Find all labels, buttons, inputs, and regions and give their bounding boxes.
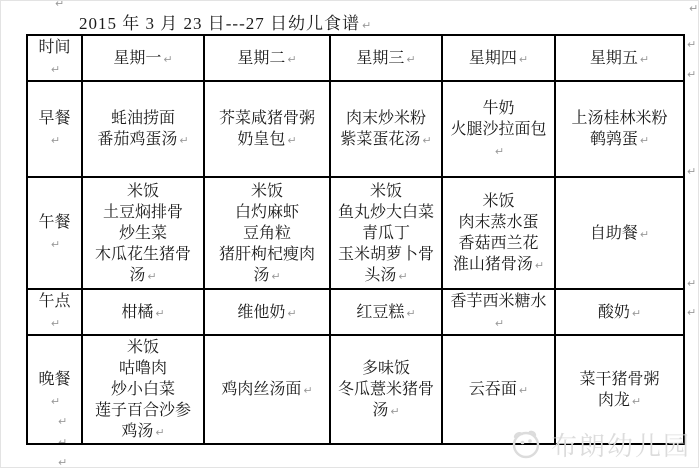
row-label-cell: 午餐↵ xyxy=(27,177,82,289)
menu-cell: 多味饭冬瓜薏米猪骨汤↵ xyxy=(330,335,442,444)
paragraph-mark: ↵ xyxy=(687,277,696,290)
dish-line: 鸡肉丝汤面↵ xyxy=(212,379,322,400)
header-cell-day: 星期一↵ xyxy=(82,35,204,81)
paragraph-mark: ↵ xyxy=(362,19,372,32)
header-cell-time: 时间↵ xyxy=(27,35,82,81)
dish-name: 米饭 xyxy=(482,193,514,210)
menu-cell: 红豆糕↵ xyxy=(330,289,442,335)
paragraph-mark: ↵ xyxy=(179,134,188,147)
menu-cell: 鸡肉丝汤面↵ xyxy=(204,335,330,444)
weekly-menu-table: 时间↵星期一↵星期二↵星期三↵星期四↵星期五↵ 早餐↵蚝油捞面番茄鸡蛋汤↵芥菜咸… xyxy=(26,34,685,445)
paragraph-mark: ↵ xyxy=(51,134,60,147)
menu-cell: 维他奶↵ xyxy=(204,289,330,335)
dish-line: 咕噜肉 xyxy=(90,358,196,379)
dish-name: 米饭 xyxy=(370,183,402,200)
dish-line: 红豆糕↵ xyxy=(338,302,434,323)
paragraph-mark: ↵ xyxy=(406,307,415,320)
paragraph-mark: ↵ xyxy=(58,456,67,468)
dish-line: 淮山猪骨汤↵ xyxy=(450,254,547,275)
menu-row: 早餐↵蚝油捞面番茄鸡蛋汤↵芥菜咸猪骨粥奶皇包↵肉末炒米粉紫菜蛋花汤↵牛奶火腿沙拉… xyxy=(27,81,684,177)
dish-name: 香菇西兰花 xyxy=(458,235,538,252)
dish-line: 米饭 xyxy=(90,337,196,358)
dish-line: 玉米胡萝卜骨头汤↵ xyxy=(338,244,434,286)
dish-line: 土豆焖排骨 xyxy=(90,202,196,223)
menu-cell: 上汤桂林米粉鹌鹑蛋↵ xyxy=(555,81,684,177)
header-label: 星期四 xyxy=(469,50,517,67)
dish-name: 豆角粒 xyxy=(243,225,291,242)
row-label-cell: 早餐↵ xyxy=(27,81,82,177)
dish-name: 维他奶 xyxy=(237,304,285,321)
paragraph-mark: ↵ xyxy=(398,270,407,283)
paragraph-mark: ↵ xyxy=(495,317,504,330)
paragraph-mark: ↵ xyxy=(303,384,312,397)
menu-cell: 米饭咕噜肉炒小白菜莲子百合沙参鸡汤↵ xyxy=(82,335,204,444)
dish-name: 鹌鹑蛋 xyxy=(590,131,638,148)
dish-line: 酸奶↵ xyxy=(563,302,676,323)
paragraph-mark: ↵ xyxy=(406,53,415,66)
dish-name: 肉末炒米粉 xyxy=(346,110,426,127)
dish-name: 米饭 xyxy=(127,183,159,200)
dish-line: 青瓜丁 xyxy=(338,223,434,244)
paragraph-mark: ↵ xyxy=(147,270,156,283)
dish-line: 肉末蒸水蛋 xyxy=(450,212,547,233)
header-cell-day: 星期三↵ xyxy=(330,35,442,81)
dish-name: 白灼麻虾 xyxy=(235,204,299,221)
dish-name: 芥菜咸猪骨粥 xyxy=(219,110,315,127)
header-label: 星期三 xyxy=(356,50,404,67)
dish-name: 酸奶 xyxy=(598,304,630,321)
dish-name: 红豆糕 xyxy=(356,304,404,321)
dish-name: 米饭 xyxy=(127,339,159,356)
menu-cell: 蚝油捞面番茄鸡蛋汤↵ xyxy=(82,81,204,177)
dish-name: 紫菜蛋花汤 xyxy=(340,131,420,148)
dish-line: 米饭 xyxy=(450,191,547,212)
menu-cell: 肉末炒米粉紫菜蛋花汤↵ xyxy=(330,81,442,177)
dish-line: 云吞面↵ xyxy=(450,379,547,400)
dish-line: 米饭 xyxy=(338,181,434,202)
watermark-text: 布朗幼儿园 xyxy=(551,426,691,463)
menu-cell: 牛奶火腿沙拉面包↵ xyxy=(442,81,555,177)
dish-line: 火腿沙拉面包↵ xyxy=(450,119,547,161)
dish-name: 玉米胡萝卜骨头汤 xyxy=(338,246,434,284)
row-label-cell: 晚餐↵ xyxy=(27,335,82,444)
dish-name: 蚝油捞面 xyxy=(111,110,175,127)
row-label-cell: 午点↵ xyxy=(27,289,82,335)
dish-line: 维他奶↵ xyxy=(212,302,322,323)
dish-name: 淮山猪骨汤 xyxy=(453,256,533,273)
paragraph-mark: ↵ xyxy=(271,270,280,283)
dish-line: 猪肝枸杞瘦肉汤↵ xyxy=(212,244,322,286)
dish-name: 青瓜丁 xyxy=(362,225,410,242)
dish-line: 牛奶 xyxy=(450,98,547,119)
paragraph-mark: ↵ xyxy=(640,53,649,66)
paragraph-mark: ↵ xyxy=(687,68,696,81)
menu-cell: 米饭肉末蒸水蛋香菇西兰花淮山猪骨汤↵ xyxy=(442,177,555,289)
paragraph-mark: ↵ xyxy=(422,134,431,147)
dish-name: 番茄鸡蛋汤 xyxy=(97,131,177,148)
dish-name: 咕噜肉 xyxy=(119,360,167,377)
menu-cell: 米饭白灼麻虾豆角粒猪肝枸杞瘦肉汤↵ xyxy=(204,177,330,289)
dish-line: 炒生菜 xyxy=(90,223,196,244)
dish-name: 肉末蒸水蛋 xyxy=(458,214,538,231)
menu-cell: 芥菜咸猪骨粥奶皇包↵ xyxy=(204,81,330,177)
dish-line: 紫菜蛋花汤↵ xyxy=(338,129,434,150)
row-label: 午点 xyxy=(38,293,70,310)
paragraph-mark: ↵ xyxy=(51,317,60,330)
paragraph-mark: ↵ xyxy=(51,238,60,251)
menu-row: 午餐↵米饭土豆焖排骨炒生菜木瓜花生猪骨汤↵米饭白灼麻虾豆角粒猪肝枸杞瘦肉汤↵米饭… xyxy=(27,177,684,289)
dish-name: 火腿沙拉面包 xyxy=(450,121,546,138)
paragraph-mark: ↵ xyxy=(287,53,296,66)
paragraph-mark: ↵ xyxy=(155,426,164,439)
menu-table-header: 时间↵星期一↵星期二↵星期三↵星期四↵星期五↵ xyxy=(27,35,684,81)
dish-name: 炒小白菜 xyxy=(111,381,175,398)
dish-line: 鱼丸炒大白菜 xyxy=(338,202,434,223)
dish-name: 土豆焖排骨 xyxy=(103,204,183,221)
header-row: 时间↵星期一↵星期二↵星期三↵星期四↵星期五↵ xyxy=(27,35,684,81)
dish-line: 冬瓜薏米猪骨汤↵ xyxy=(338,379,434,421)
paragraph-mark: ↵ xyxy=(632,307,641,320)
paragraph-mark: ↵ xyxy=(51,63,60,76)
dish-line: 自助餐↵ xyxy=(563,223,676,244)
dish-line: 豆角粒 xyxy=(212,223,322,244)
dish-name: 上汤桂林米粉 xyxy=(571,110,667,127)
dish-name: 鱼丸炒大白菜 xyxy=(338,204,434,221)
dish-name: 柑橘 xyxy=(121,304,153,321)
dish-name: 肉龙 xyxy=(598,392,630,409)
header-cell-day: 星期二↵ xyxy=(204,35,330,81)
header-label: 星期五 xyxy=(590,50,638,67)
header-cell-day: 星期五↵ xyxy=(555,35,684,81)
paragraph-mark: ↵ xyxy=(495,145,504,158)
dish-line: 炒小白菜 xyxy=(90,379,196,400)
header-label: 星期一 xyxy=(113,50,161,67)
dish-line: 木瓜花生猪骨汤↵ xyxy=(90,244,196,286)
page-title-text: 2015 年 3 月 23 日---27 日幼儿食谱 xyxy=(79,14,360,33)
paragraph-mark: ↵ xyxy=(51,395,60,408)
paragraph-mark: ↵ xyxy=(689,2,698,15)
dish-name: 奶皇包 xyxy=(237,131,285,148)
menu-cell: 米饭土豆焖排骨炒生菜木瓜花生猪骨汤↵ xyxy=(82,177,204,289)
paragraph-mark: ↵ xyxy=(155,307,164,320)
header-cell-day: 星期四↵ xyxy=(442,35,555,81)
row-label: 晚餐 xyxy=(38,371,70,388)
dish-line: 香芋西米糖水↵ xyxy=(450,291,547,333)
dish-name: 木瓜花生猪骨汤 xyxy=(95,246,191,284)
page-title: 2015 年 3 月 23 日---27 日幼儿食谱↵ xyxy=(79,9,372,34)
menu-cell: 酸奶↵ xyxy=(555,289,684,335)
bear-face-logo xyxy=(506,425,544,463)
dish-name: 猪肝枸杞瘦肉汤 xyxy=(219,246,315,284)
paragraph-mark: ↵ xyxy=(519,384,528,397)
dish-name: 多味饭 xyxy=(362,360,410,377)
dish-line: 香菇西兰花 xyxy=(450,233,547,254)
paragraph-mark: ↵ xyxy=(287,307,296,320)
dish-line: 番茄鸡蛋汤↵ xyxy=(90,129,196,150)
dish-line: 多味饭 xyxy=(338,358,434,379)
dish-name: 菜干猪骨粥 xyxy=(579,371,659,388)
dish-name: 香芋西米糖水 xyxy=(450,293,546,310)
dish-name: 米饭 xyxy=(251,183,283,200)
dish-line: 鹌鹑蛋↵ xyxy=(563,129,676,150)
dish-name: 牛奶 xyxy=(482,100,514,117)
dish-name: 炒生菜 xyxy=(119,225,167,242)
paragraph-mark: ↵ xyxy=(519,53,528,66)
dish-line: 奶皇包↵ xyxy=(212,129,322,150)
dish-line: 蚝油捞面 xyxy=(90,108,196,129)
dish-line: 米饭 xyxy=(212,181,322,202)
menu-row: 午点↵柑橘↵维他奶↵红豆糕↵香芋西米糖水↵酸奶↵ xyxy=(27,289,684,335)
menu-cell: 米饭鱼丸炒大白菜青瓜丁玉米胡萝卜骨头汤↵ xyxy=(330,177,442,289)
dish-name: 自助餐 xyxy=(590,225,638,242)
dish-line: 莲子百合沙参鸡汤↵ xyxy=(90,400,196,442)
paragraph-mark: ↵ xyxy=(535,259,544,272)
dish-line: 柑橘↵ xyxy=(90,302,196,323)
watermark: 布朗幼儿园 xyxy=(506,425,691,463)
header-label: 时间 xyxy=(38,39,70,56)
paragraph-mark: ↵ xyxy=(55,0,64,10)
row-label: 午餐 xyxy=(38,214,70,231)
menu-cell: 自助餐↵ xyxy=(555,177,684,289)
paragraph-mark: ↵ xyxy=(687,306,696,319)
row-label: 早餐 xyxy=(38,110,70,127)
dish-name: 莲子百合沙参鸡汤 xyxy=(95,402,191,440)
dish-name: 云吞面 xyxy=(469,381,517,398)
paragraph-mark: ↵ xyxy=(687,38,696,51)
dish-line: 肉末炒米粉 xyxy=(338,108,434,129)
dish-line: 肉龙↵ xyxy=(563,390,676,411)
menu-cell: 柑橘↵ xyxy=(82,289,204,335)
paragraph-mark: ↵ xyxy=(632,395,641,408)
dish-line: 白灼麻虾 xyxy=(212,202,322,223)
dish-line: 芥菜咸猪骨粥 xyxy=(212,108,322,129)
menu-table-body: 早餐↵蚝油捞面番茄鸡蛋汤↵芥菜咸猪骨粥奶皇包↵肉末炒米粉紫菜蛋花汤↵牛奶火腿沙拉… xyxy=(27,81,684,444)
dish-name: 鸡肉丝汤面 xyxy=(221,381,301,398)
dish-line: 上汤桂林米粉 xyxy=(563,108,676,129)
paragraph-mark: ↵ xyxy=(640,134,649,147)
paragraph-mark: ↵ xyxy=(640,228,649,241)
header-label: 星期二 xyxy=(237,50,285,67)
paragraph-mark: ↵ xyxy=(390,405,399,418)
paragraph-mark: ↵ xyxy=(287,134,296,147)
dish-line: 菜干猪骨粥 xyxy=(563,369,676,390)
menu-cell: 香芋西米糖水↵ xyxy=(442,289,555,335)
paragraph-mark: ↵ xyxy=(163,53,172,66)
dish-line: 米饭 xyxy=(90,181,196,202)
dish-name: 冬瓜薏米猪骨汤 xyxy=(338,381,434,419)
paragraph-mark: ↵ xyxy=(687,165,696,178)
